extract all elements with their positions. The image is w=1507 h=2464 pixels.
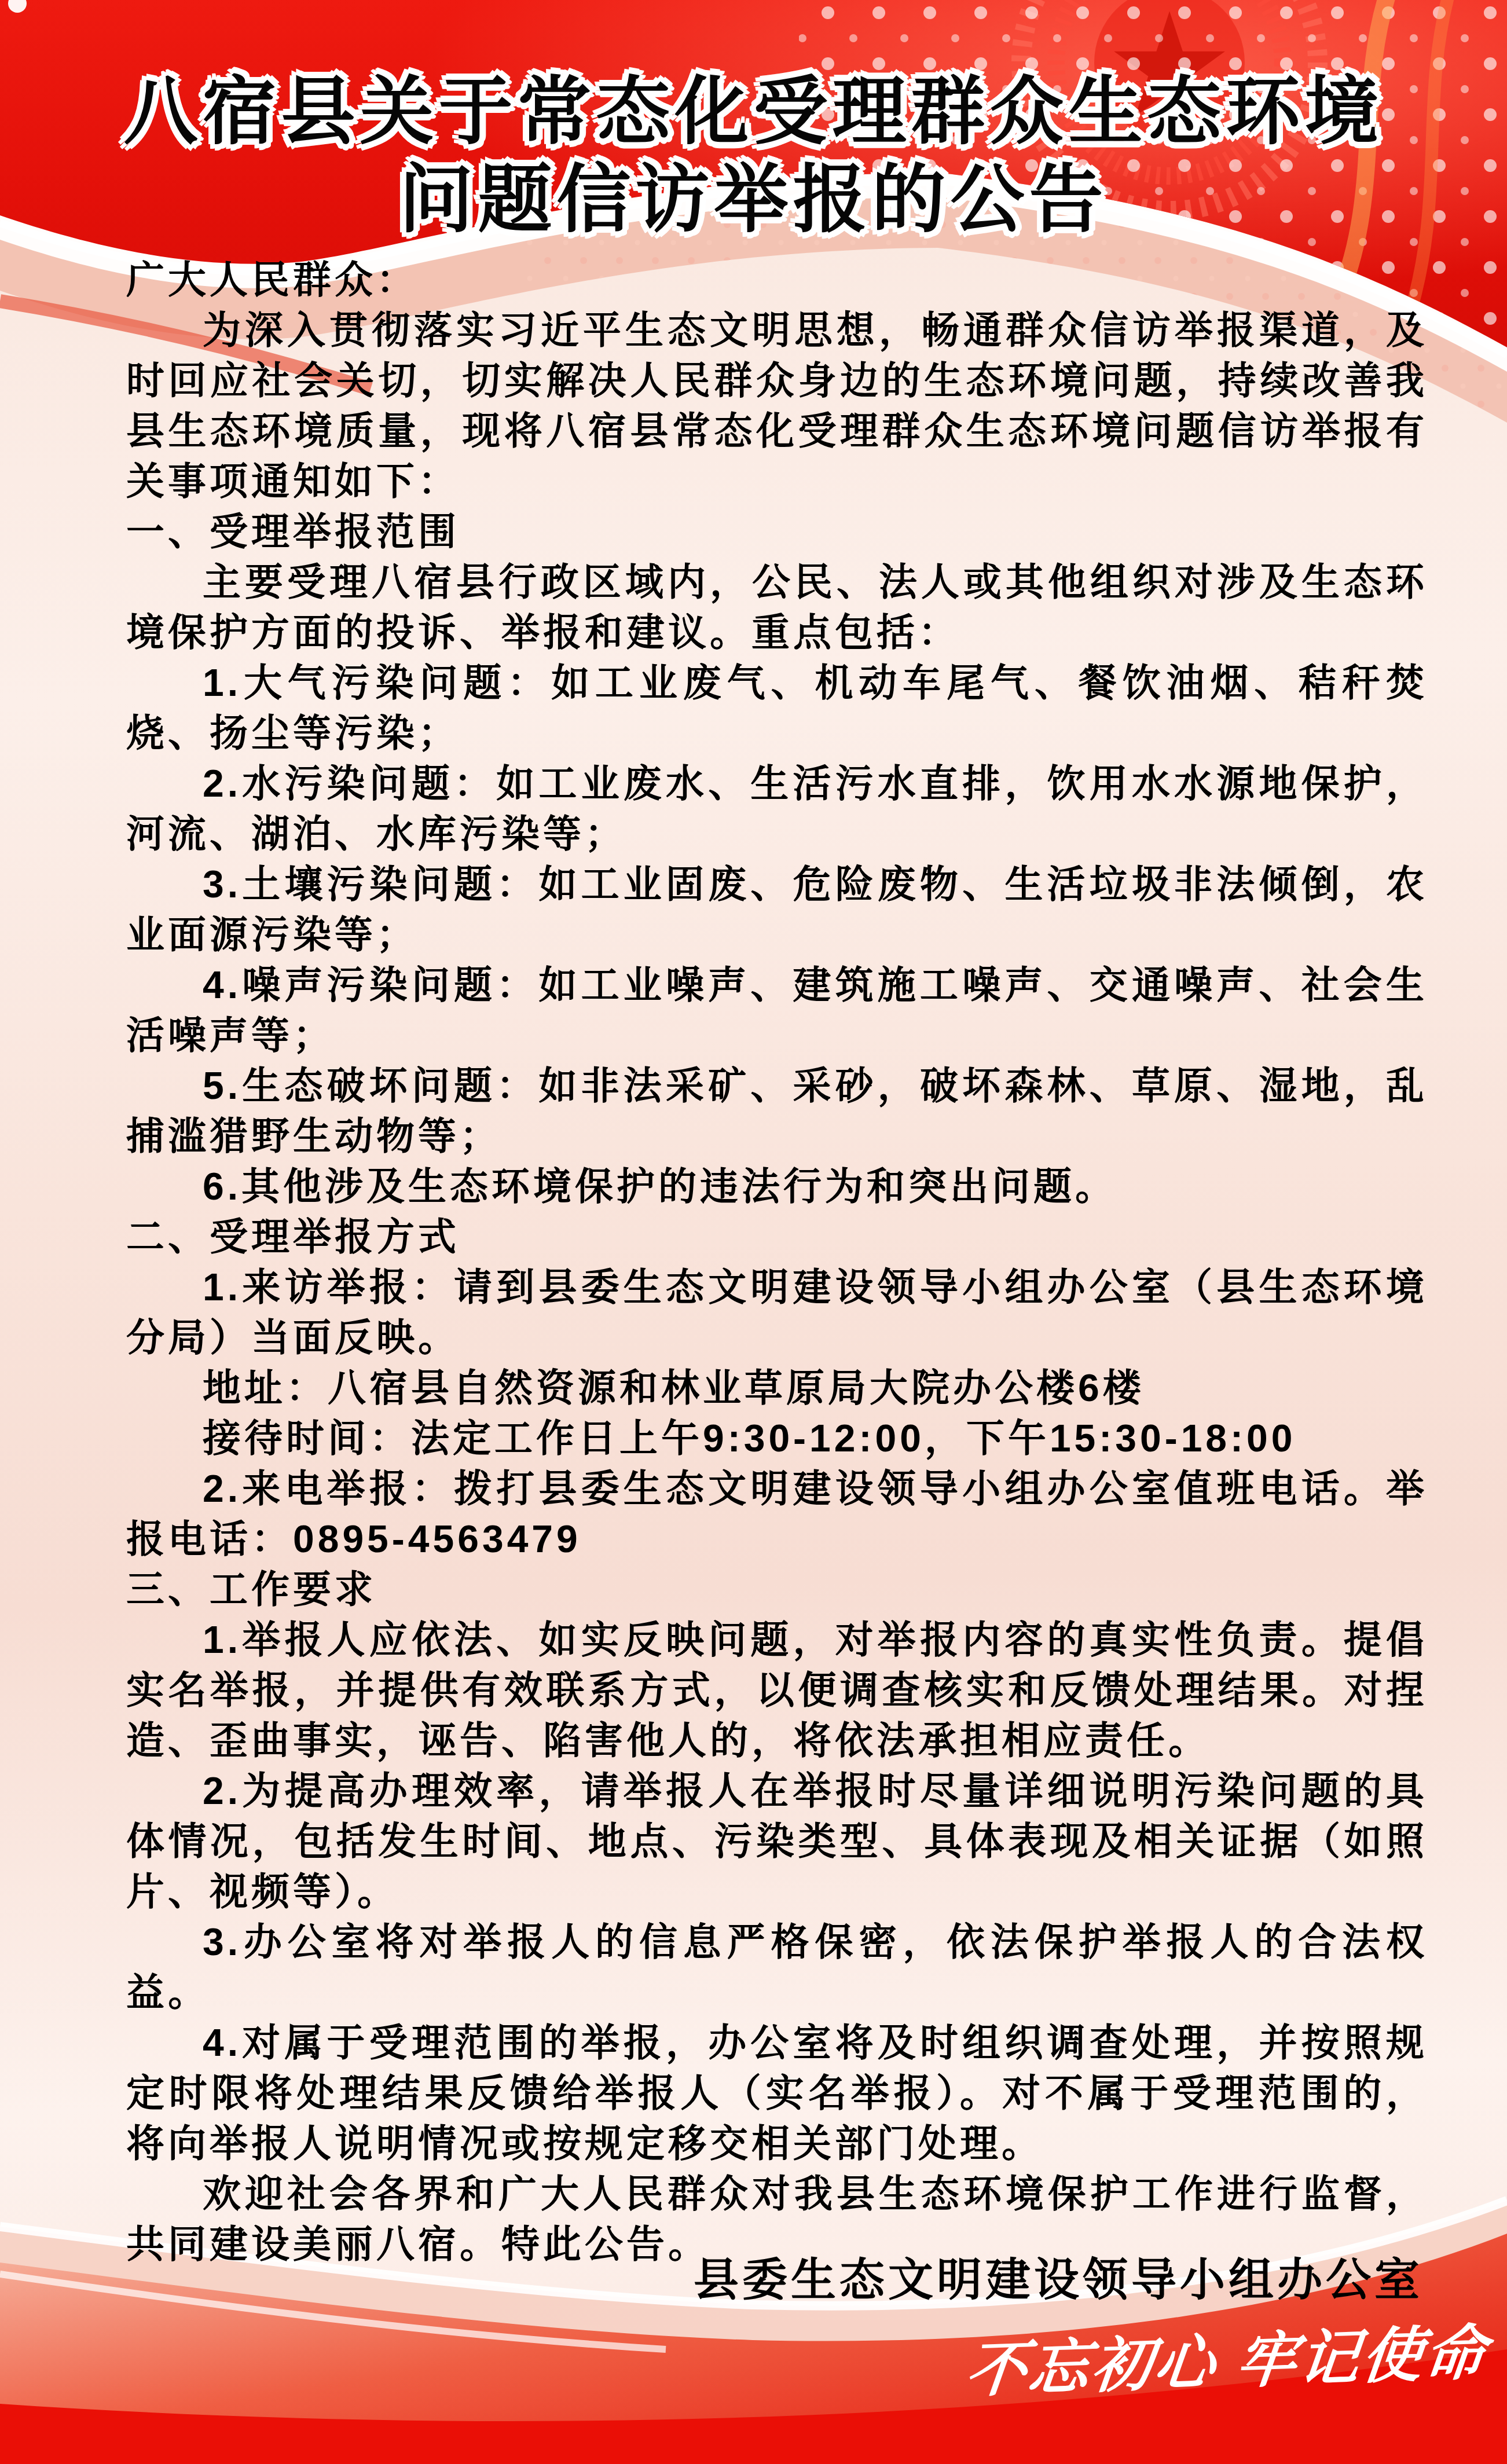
section-1-paragraph-1: 主要受理八宿县行政区域内，公民、法人或其他组织对涉及生态环境保护方面的投诉、举报… [126,557,1428,658]
salutation: 广大人民群众： [126,255,1428,305]
section-2-paragraph-4: 2.来电举报：拨打县委生态文明建设领导小组办公室值班电话。举报电话：0895-4… [126,1464,1428,1564]
section-2-heading: 二、受理举报方式 [126,1212,1428,1262]
signature: 县委生态文明建设领导小组办公室 [694,2244,1423,2309]
section-3-paragraph-2: 2.为提高办理效率，请举报人在举报时尽量详细说明污染问题的具体情况，包括发生时间… [126,1766,1428,1917]
section-3-heading: 三、工作要求 [126,1564,1428,1615]
section-1-paragraph-5: 4.噪声污染问题：如工业噪声、建筑施工噪声、交通噪声、社会生活噪声等； [126,960,1428,1061]
poster-title: 八宿县关于常态化受理群众生态环境 问题信访举报的公告 [0,68,1507,244]
poster-title-line-1: 八宿县关于常态化受理群众生态环境 [0,68,1507,156]
section-2-paragraph-2: 地址：八宿县自然资源和林业草原局大院办公楼6楼 [126,1363,1428,1413]
intro-paragraph: 为深入贯彻落实习近平生态文明思想，畅通群众信访举报渠道，及时回应社会关切，切实解… [126,305,1428,507]
section-3-paragraph-3: 3.办公室将对举报人的信息严格保密，依法保护举报人的合法权益。 [126,1917,1428,2018]
section-1-paragraph-4: 3.土壤污染问题：如工业固废、危险废物、生活垃圾非法倾倒，农业面源污染等； [126,859,1428,960]
section-1-paragraph-7: 6.其他涉及生态环境保护的违法行为和突出问题。 [126,1161,1428,1212]
section-2-paragraph-1: 1.来访举报：请到县委生态文明建设领导小组办公室（县生态环境分局）当面反映。 [126,1262,1428,1363]
poster-title-line-2: 问题信访举报的公告 [0,156,1507,244]
section-2-paragraph-3: 接待时间：法定工作日上午9:30-12:00，下午15:30-18:00 [126,1413,1428,1464]
section-3-paragraph-4: 4.对属于受理范围的举报，办公室将及时组织调查处理，并按照规定时限将处理结果反馈… [126,2018,1428,2169]
section-3-paragraph-1: 1.举报人应依法、如实反映问题，对举报内容的真实性负责。提倡实名举报，并提供有效… [126,1615,1428,1766]
section-1-heading: 一、受理举报范围 [126,507,1428,557]
section-1-paragraph-6: 5.生态破坏问题：如非法采矿、采砂，破坏森林、草原、湿地，乱捕滥猎野生动物等； [126,1061,1428,1161]
notice-poster: ★ 八宿县关于常态化受理群众生态环境 问题信访举报的公告 广大人民群众： 为深入… [0,0,1507,2464]
section-1-paragraph-3: 2.水污染问题：如工业废水、生活污水直排，饮用水水源地保护，河流、湖泊、水库污染… [126,758,1428,859]
section-1-paragraph-2: 1.大气污染问题：如工业废气、机动车尾气、餐饮油烟、秸秆焚烧、扬尘等污染； [126,658,1428,758]
notice-body: 广大人民群众： 为深入贯彻落实习近平生态文明思想，畅通群众信访举报渠道，及时回应… [126,255,1428,2269]
